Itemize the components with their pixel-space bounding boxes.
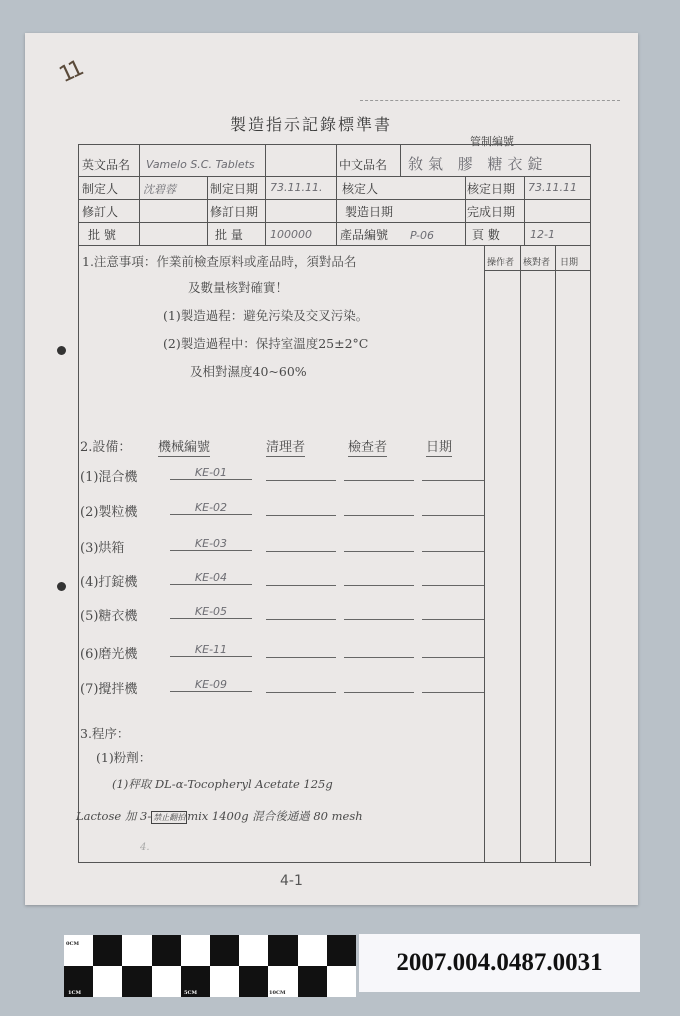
chinese-name-label: 中文品名 <box>339 156 387 173</box>
document-title: 製造指示記錄標準書 <box>230 112 392 135</box>
author-label: 制定人 <box>82 180 118 197</box>
scale-square <box>298 935 327 966</box>
page-number: 4-1 <box>280 873 303 889</box>
procedure-line-suffix: mix 1400g 混合後通過 80 mesh <box>187 809 362 823</box>
blank-signature-line <box>266 571 336 586</box>
equipment-row: (4)打錠機KE-04 <box>80 571 490 591</box>
table-line <box>336 144 337 245</box>
scale-square <box>181 935 210 966</box>
author-date-value: 73.11.11. <box>270 181 322 194</box>
equipment-code: KE-09 <box>170 678 252 692</box>
note-line: 1.注意事項：作業前檢查原料或產品時，須對品名 <box>82 252 356 270</box>
procedure-line: (1)秤取 DL-α-Tocopheryl Acetate 125g <box>112 776 333 792</box>
blank-signature-line <box>266 605 336 620</box>
scale-square <box>210 966 239 997</box>
table-line <box>207 176 208 245</box>
scale-square <box>93 935 122 966</box>
scale-square <box>210 935 239 966</box>
scale-label: 0CM <box>66 941 79 947</box>
procedure-line: Lactose 加 3-禁止翻拍mix 1400g 混合後通過 80 mesh <box>76 808 363 824</box>
pages-label: 頁 數 <box>472 226 500 243</box>
note-line: 及數量核對確實！ <box>188 278 288 296</box>
equipment-code: KE-02 <box>170 501 252 515</box>
table-line <box>139 144 140 245</box>
note-line: (1)製造過程：避免污染及交叉污染。 <box>163 306 368 324</box>
blank-signature-line <box>266 537 336 552</box>
table-line <box>78 176 590 177</box>
equipment-row: (3)烘箱KE-03 <box>80 537 490 557</box>
equipment-code: KE-03 <box>170 537 252 551</box>
batch-qty-value: 100000 <box>270 228 312 241</box>
table-line <box>78 144 79 862</box>
equipment-name: (3)烘箱 <box>80 537 124 556</box>
table-line <box>265 144 266 245</box>
blank-signature-line <box>422 501 484 516</box>
english-name-value: Vamelo S.C. Tablets <box>146 158 255 171</box>
reviser-label: 修訂人 <box>82 203 118 220</box>
blank-signature-line <box>422 466 484 481</box>
procedure-step-label: (1)粉劑： <box>96 748 151 766</box>
pages-value: 12-1 <box>530 228 555 241</box>
equipment-row: (7)攪拌機KE-09 <box>80 678 490 698</box>
equipment-code: KE-11 <box>170 643 252 657</box>
table-line <box>520 245 521 862</box>
equipment-code: KE-01 <box>170 466 252 480</box>
equipment-name: (5)糖衣機 <box>80 605 137 624</box>
scale-label: 5CM <box>184 990 197 996</box>
equipment-name: (1)混合機 <box>80 466 137 485</box>
table-line <box>524 176 525 245</box>
table-line <box>78 199 590 200</box>
revise-date-label: 修訂日期 <box>210 203 258 220</box>
blank-signature-line <box>266 466 336 481</box>
equipment-row: (2)製粒機KE-02 <box>80 501 490 521</box>
scale-square <box>122 966 151 997</box>
equipment-name: (2)製粒機 <box>80 501 137 520</box>
scale-square <box>239 966 268 997</box>
author-value: 沈碧蓉 <box>143 181 176 197</box>
table-line <box>78 222 590 223</box>
scale-label: 1CM <box>68 990 81 996</box>
equipment-name: (7)攪拌機 <box>80 678 137 697</box>
procedure-line: 4. <box>140 842 150 853</box>
approve-date-value: 73.11.11 <box>528 181 577 194</box>
blank-signature-line <box>266 501 336 516</box>
date-column: 日期 <box>426 436 452 457</box>
approver-label: 核定人 <box>342 180 378 197</box>
blank-signature-line <box>422 571 484 586</box>
table-line <box>590 144 591 866</box>
equipment-row: (5)糖衣機KE-05 <box>80 605 490 625</box>
equipment-header: 2.設備： 機械編號 清理者 檢查者 日期 <box>80 436 490 458</box>
complete-date-label: 完成日期 <box>467 203 515 220</box>
top-dash-line <box>360 100 620 101</box>
equipment-code: KE-05 <box>170 605 252 619</box>
batch-no-label: 批 號 <box>88 226 116 243</box>
punch-hole-icon <box>57 346 66 355</box>
scale-square <box>298 966 327 997</box>
product-code-label: 產品編號 <box>340 226 388 243</box>
blank-signature-line <box>422 643 484 658</box>
mfg-date-label: 製造日期 <box>345 203 393 220</box>
cleaner-column: 清理者 <box>266 436 305 457</box>
procedure-section-label: 3.程序： <box>80 724 129 742</box>
scale-square <box>93 966 122 997</box>
scale-square <box>152 966 181 997</box>
table-line <box>78 144 590 145</box>
machine-no-column: 機械編號 <box>158 436 210 457</box>
punch-hole-icon <box>57 582 66 591</box>
control-number-label: 管制編號 <box>470 133 514 149</box>
checker-column-header: 核對者 <box>523 255 550 268</box>
blank-signature-line <box>266 643 336 658</box>
note-line: 及相對濕度40~60% <box>190 362 307 380</box>
product-code-value: P-06 <box>410 229 434 242</box>
blank-signature-line <box>344 605 414 620</box>
procedure-line-prefix: Lactose 加 3- <box>76 809 151 823</box>
chinese-name-value: 敘氣 膠 糖衣錠 <box>408 153 548 174</box>
blank-signature-line <box>422 678 484 693</box>
blank-signature-line <box>422 537 484 552</box>
date-column-header: 日期 <box>560 255 578 268</box>
table-line <box>484 270 590 271</box>
blank-signature-line <box>344 501 414 516</box>
scale-label: 10CM <box>269 990 285 996</box>
inspector-column: 檢查者 <box>348 436 387 457</box>
blank-signature-line <box>344 643 414 658</box>
approve-date-label: 核定日期 <box>467 180 515 197</box>
english-name-label: 英文品名 <box>82 156 130 173</box>
equipment-row: (6)磨光機KE-11 <box>80 643 490 663</box>
equipment-name: (4)打錠機 <box>80 571 137 590</box>
scale-square <box>122 935 151 966</box>
blank-signature-line <box>344 537 414 552</box>
table-line <box>78 862 590 863</box>
equipment-code: KE-04 <box>170 571 252 585</box>
operator-column-header: 操作者 <box>487 255 514 268</box>
equipment-name: (6)磨光機 <box>80 643 137 662</box>
blank-signature-line <box>266 678 336 693</box>
table-line <box>78 245 590 246</box>
batch-qty-label: 批 量 <box>215 226 243 243</box>
author-date-label: 制定日期 <box>210 180 258 197</box>
blank-signature-line <box>344 571 414 586</box>
scale-square <box>327 966 356 997</box>
scale-square <box>239 935 268 966</box>
scale-square <box>268 935 297 966</box>
table-line <box>555 245 556 862</box>
stamp-seal: 禁止翻拍 <box>151 811 187 824</box>
scale-bar: 0CM1CM5CM10CM <box>64 935 356 997</box>
blank-signature-line <box>422 605 484 620</box>
accession-number: 2007.004.0487.0031 <box>359 934 640 992</box>
equipment-section-label: 2.設備： <box>80 436 131 456</box>
scale-square <box>152 935 181 966</box>
note-line: (2)製造過程中：保持室溫度25±2°C <box>163 334 368 352</box>
scale-square <box>327 935 356 966</box>
scale-square <box>64 935 93 966</box>
blank-signature-line <box>344 678 414 693</box>
table-line <box>400 144 401 176</box>
blank-signature-line <box>344 466 414 481</box>
equipment-row: (1)混合機KE-01 <box>80 466 490 486</box>
table-line <box>465 176 466 245</box>
